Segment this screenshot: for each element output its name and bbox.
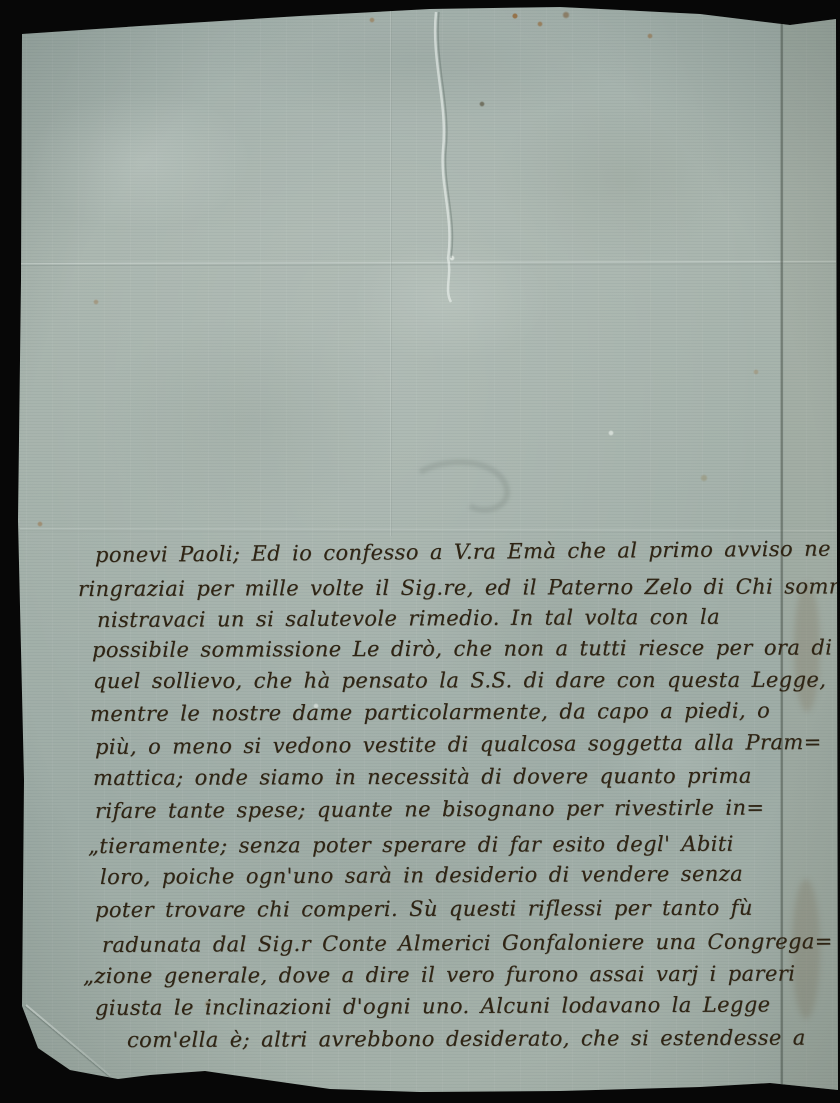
manuscript-line: giusta le inclinazioni d'ogni uno. Alcun… [95, 993, 771, 1020]
manuscript-line: mattica; onde siamo in necessità di dove… [93, 765, 752, 790]
manuscript-line: nistravaci un si salutevole rimedio. In … [97, 606, 720, 632]
manuscript-line: più, o meno si vedono vestite di qualcos… [95, 731, 822, 759]
manuscript-page: ponevi Paoli; Ed io confesso a V.ra Emà … [0, 0, 840, 1103]
manuscript-line: mentre le nostre dame particolarmente, d… [90, 699, 770, 726]
manuscript-line: rifare tante spese; quante ne bisognano … [95, 796, 764, 823]
manuscript-line: loro, poiche ogn'uno sarà in desiderio d… [100, 863, 743, 889]
manuscript-line: poter trovare chi comperi. Sù questi rif… [95, 897, 753, 922]
manuscript-line: possibile sommissione Le dirò, che non a… [92, 636, 832, 662]
handwritten-text-block: ponevi Paoli; Ed io confesso a V.ra Emà … [0, 0, 840, 1103]
manuscript-line: ponevi Paoli; Ed io confesso a V.ra Emà … [95, 538, 831, 568]
manuscript-line: „tieramente; senza poter sperare di far … [88, 833, 734, 858]
manuscript-line: „zione generale, dove a dire il vero fur… [83, 963, 795, 989]
scanner-background: ponevi Paoli; Ed io confesso a V.ra Emà … [0, 0, 840, 1103]
manuscript-line: com'ella è; altri avrebbono desiderato, … [127, 1027, 806, 1052]
manuscript-line: ringraziai per mille volte il Sig.re, ed… [78, 575, 840, 601]
manuscript-line: radunata dal Sig.r Conte Almerici Gonfal… [102, 930, 833, 957]
manuscript-line: quel sollievo, che hà pensato la S.S. di… [93, 669, 826, 693]
